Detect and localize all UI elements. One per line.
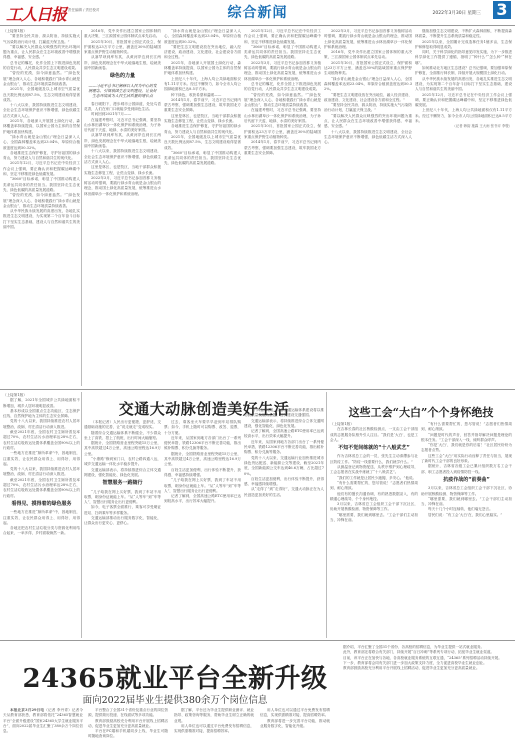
dateline: 本报北京3月29日电: [10, 708, 44, 712]
article-column: （上接第1版） 据了解，2021年全国城乡公共绿地面积不断增加，城乡人居环境明显…: [3, 393, 80, 638]
article-column: （上接第1版） 在吉林长春的社区核酸检测点，一支由工会干部组成的志愿服务队格外引…: [330, 422, 418, 638]
subheading-green-power: 绿色的力量: [84, 74, 161, 79]
article-column: 据了解，平台还为毕业生提供职业测评、就业指导、政策咨询等服务，帮助毕业生树立正确…: [174, 708, 254, 748]
section-rule: [0, 389, 515, 390]
subheadline-jobs: 面向2022届毕业生提供380余万个岗位信息: [20, 692, 330, 706]
column-divider: [81, 30, 82, 386]
article-column: 2021年12月，习近平总书记在中央经济工作会议上强调，要正确认识和把握碳达峰碳…: [244, 29, 321, 387]
page-number-badge: 3: [493, 1, 511, 19]
author-credit: （记者 韩韵 施霖 王大雨 张书评 李骏）: [415, 124, 512, 129]
headline-union: 这些工会“大白”个个身怀绝技: [330, 404, 512, 420]
subheading-skills: 不知不觉间练就的“十八般武艺”: [330, 446, 418, 451]
article-column: 2016年，党中央作出建立国家公园体制的重大决策，三江源国家公园体制试点率先启动…: [84, 29, 161, 387]
article-column: 用人单位也可以通过平台免费发布招聘信息，实现供需精准对接，提高招聘效率。 教育部…: [260, 708, 330, 748]
subheading-smart-service: 智慧服务一路随行: [84, 481, 161, 486]
article-column: （本报记者）人民出行更便捷、更舒适，交通基础设施的完善，让“说走就走”变成现实。…: [84, 420, 161, 638]
subheading-lead: ——习近平总书记阐释以人民为中心的发展理念，引领我国生态文明建设，让良好生态环境…: [88, 83, 157, 98]
article-column: 据介绍，平台汇聚了全国31个省份、各高校的招聘信息，为毕业生提供一站式就业服务。…: [336, 645, 512, 748]
article-column: 过去，乘客坐火车要早早赶到车站排队购票；如今，手机上随时可以购票、改签、退票，十…: [164, 420, 241, 638]
subheading-green-service: 看得见、摸得着的绿色服务: [3, 502, 80, 507]
article-column: 平台整合了全国31个省份及重点行业的岗位资源，提供简历投递、在线面试等多项功能。…: [88, 708, 168, 748]
article-column: 本报北京3月29日电（记者 李丹青）记者今天从教育部获悉，教育部将依托“2436…: [3, 708, 83, 748]
section-rule: [0, 640, 515, 641]
issue-date: 2022年3月30日 星期三: [433, 10, 481, 16]
masthead-rule: [0, 25, 515, 26]
article-column: “绿水青山就是金山银山”理念日益深入人心，全国森林覆盖率达到23.04%，草原综…: [164, 29, 241, 387]
column-divider: [81, 392, 82, 638]
masthead: 工人日报 责任编辑 / 责任校对 综合新闻 2022年3月30日 星期三 3: [0, 0, 515, 26]
subheading-prelude: 抗疫作战的“前奏曲”: [421, 478, 512, 483]
article-column: 2022年3月，习近平总书记参加首都义务植树活动时强调，要践行绿水青山就是金山银…: [324, 29, 412, 387]
headline-jobs: 24365就业平台全新升级: [20, 658, 330, 695]
article-column: （上接第1版） “要坚持全民共治、源头防治，持续实施大气污染防治行动计划，打赢蓝…: [3, 29, 80, 387]
article-column: “十四五”时期，综合交通运输体系建设将以推动高质量发展为主题，加快建设交通强国。…: [244, 408, 324, 638]
column-divider: [326, 392, 327, 638]
article-column: 继续加强生态文明建设，不断扩大森林面积，不断提高森林质量，不断提升生态系统质量和…: [415, 29, 512, 387]
article-column: “有什么需要帮忙的，您尽管说！”志愿者们热情周到，耐心细致。 “问题是时代的声音…: [421, 422, 512, 638]
